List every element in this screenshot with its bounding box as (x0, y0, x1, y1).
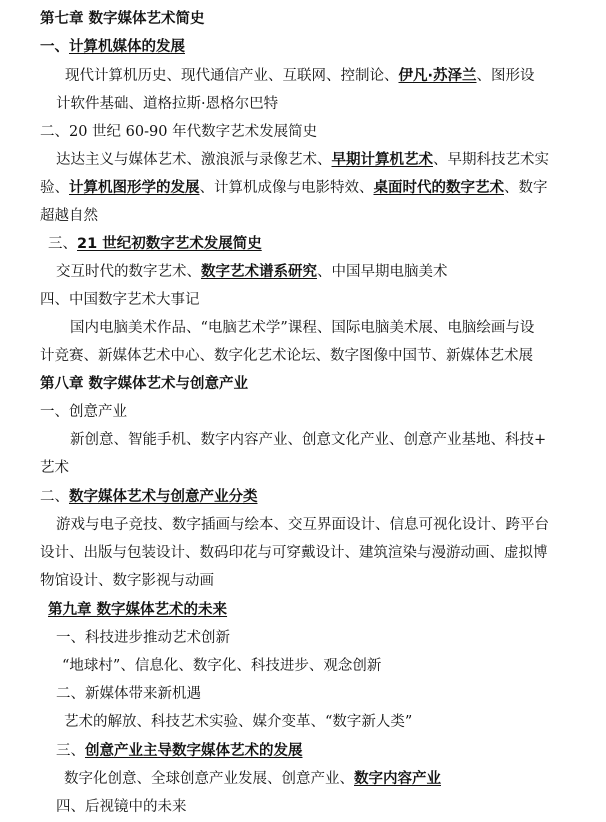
text: 、数字 (504, 180, 548, 196)
ch7-s2-body-line-1: 达达主义与媒体艺术、激浪派与录像艺术、早期计算机艺术、早期科技艺术实 (56, 150, 549, 170)
emphasis-term: 计算机图形学的发展 (69, 180, 200, 196)
ch7-s4-body-line-2: 计竞赛、新媒体艺术中心、数字化艺术论坛、数字图像中国节、新媒体艺术展 (40, 346, 533, 366)
chapter-7-title: 第七章 数字媒体艺术简史 (40, 9, 205, 29)
emphasis-term: 早期计算机艺术 (332, 152, 434, 168)
ch7-s2-body-line-2: 验、计算机图形学的发展、计算机成像与电影特效、桌面时代的数字艺术、数字 (40, 178, 548, 198)
text: 、中国早期电脑美术 (317, 264, 448, 280)
section-title: 创意产业主导数字媒体艺术的发展 (85, 743, 303, 759)
ch9-section-1-heading: 一、科技进步推动艺术创新 (56, 628, 230, 648)
ch8-section-1-heading: 一、创意产业 (40, 402, 127, 422)
ch9-section-2-heading: 二、新媒体带来新机遇 (56, 684, 201, 704)
chapter-8-title: 第八章 数字媒体艺术与创意产业 (40, 374, 248, 394)
ch7-s3-body: 交互时代的数字艺术、数字艺术谱系研究、中国早期电脑美术 (56, 262, 448, 282)
section-title: 计算机媒体的发展 (69, 39, 185, 55)
emphasis-term: 桌面时代的数字艺术 (374, 180, 505, 196)
ch9-s2-body: 艺术的解放、科技艺术实验、媒介变革、“数字新人类” (64, 712, 412, 732)
ch9-section-3-heading: 三、创意产业主导数字媒体艺术的发展 (56, 741, 303, 761)
emphasis-term: 数字艺术谱系研究 (201, 264, 317, 280)
text: 达达主义与媒体艺术、激浪派与录像艺术、 (56, 152, 332, 168)
section-title: 21 世纪初数字艺术发展简史 (77, 236, 262, 252)
ch7-s2-body-line-3: 超越自然 (40, 206, 98, 226)
ch8-s2-body-line-3: 物馆设计、数字影视与动画 (40, 571, 214, 591)
text: 、计算机成像与电影特效、 (200, 180, 374, 196)
ch7-section-2-heading: 二、20 世纪 60-90 年代数字艺术发展简史 (40, 122, 317, 142)
text: 、早期科技艺术实 (433, 152, 549, 168)
text: 交互时代的数字艺术、 (56, 264, 201, 280)
section-prefix: 二、 (40, 489, 69, 505)
ch7-s1-body-line-2: 计软件基础、道格拉斯·恩格尔巴特 (56, 94, 278, 114)
text: 数字化创意、全球创意产业发展、创意产业、 (64, 771, 354, 787)
ch7-section-3-heading: 三、21 世纪初数字艺术发展简史 (48, 234, 262, 254)
text: 现代计算机历史、现代通信产业、互联网、控制论、 (65, 68, 399, 84)
emphasis-term: 伊凡·苏泽兰 (399, 68, 477, 84)
ch9-s3-body: 数字化创意、全球创意产业发展、创意产业、数字内容产业 (64, 769, 441, 789)
section-prefix: 三、 (56, 743, 85, 759)
ch8-s1-body-line-1: 新创意、智能手机、数字内容产业、创意文化产业、创意产业基地、科技+ (70, 430, 546, 450)
ch7-section-4-heading: 四、中国数字艺术大事记 (40, 290, 200, 310)
text: 验、 (40, 180, 69, 196)
ch9-section-4-heading: 四、后视镜中的未来 (56, 797, 187, 817)
ch8-section-2-heading: 二、数字媒体艺术与创意产业分类 (40, 487, 258, 507)
section-prefix: 三、 (48, 236, 77, 252)
ch7-s1-body-line-1: 现代计算机历史、现代通信产业、互联网、控制论、伊凡·苏泽兰、图形设 (65, 66, 535, 86)
ch9-s1-body: “地球村”、信息化、数字化、科技进步、观念创新 (62, 656, 381, 676)
ch8-s1-body-line-2: 艺术 (40, 458, 69, 478)
section-title: 数字媒体艺术与创意产业分类 (69, 489, 258, 505)
text: 、图形设 (477, 68, 535, 84)
ch7-section-1-heading: 一、计算机媒体的发展 (40, 37, 185, 57)
ch7-s4-body-line-1: 国内电脑美术作品、“电脑艺术学”课程、国际电脑美术展、电脑绘画与设 (70, 318, 534, 338)
emphasis-term: 数字内容产业 (354, 771, 441, 787)
chapter-9-title: 第九章 数字媒体艺术的未来 (48, 600, 227, 620)
section-prefix: 一、 (40, 39, 69, 55)
ch8-s2-body-line-1: 游戏与电子竞技、数字插画与绘本、交互界面设计、信息可视化设计、跨平台 (56, 515, 549, 535)
ch8-s2-body-line-2: 设计、出版与包装设计、数码印花与可穿戴设计、建筑渲染与漫游动画、虚拟博 (40, 543, 548, 563)
